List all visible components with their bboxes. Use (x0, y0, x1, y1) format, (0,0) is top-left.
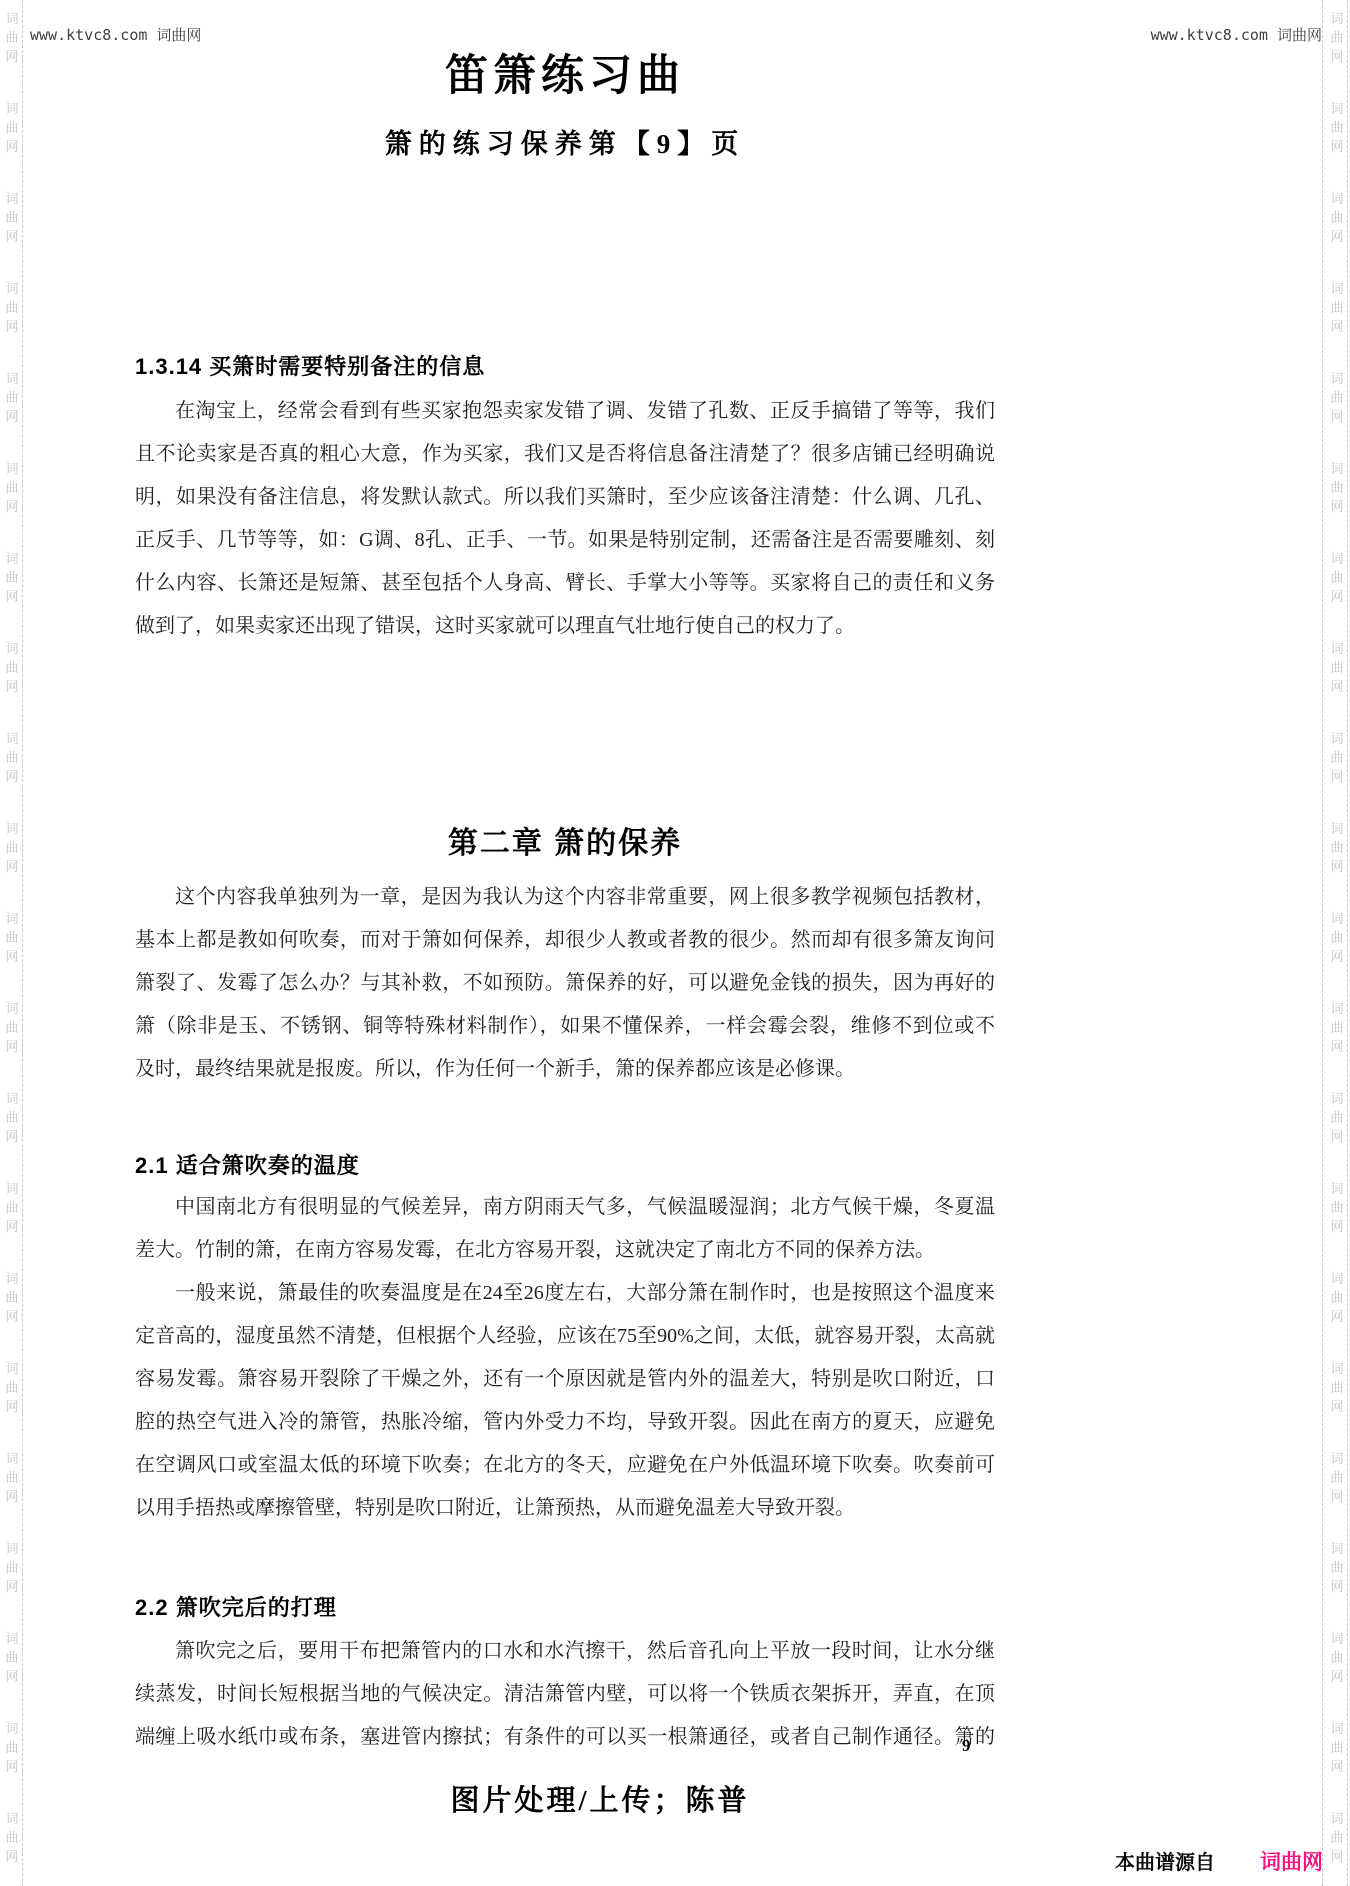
text-line: 腔的热空气进入冷的箫管，热胀冷缩，管内外受力不均，导致开裂。因此在南方的夏天，应… (135, 1401, 995, 1444)
edge-watermark-group: 词曲网 (4, 640, 20, 697)
edge-watermark-group: 词曲网 (4, 370, 20, 427)
edge-watermark-group: 词曲网 (1329, 370, 1345, 427)
text-line: 差大。竹制的箫，在南方容易发霉，在北方容易开裂，这就决定了南北方不同的保养方法。 (135, 1229, 995, 1272)
section-heading-2-1: 2.1 适合箫吹奏的温度 (135, 1149, 360, 1180)
paragraph-cleaning: 箫吹完之后，要用干布把箫管内的口水和水汽擦干，然后音孔向上平放一段时间，让水分继… (135, 1630, 995, 1759)
text-line: 正反手、几节等等，如：G调、8孔、正手、一节。如果是特别定制，还需备注是否需要雕… (135, 519, 995, 562)
edge-watermark-group: 词曲网 (1329, 1450, 1345, 1507)
text-line: 什么内容、长箫还是短箫、甚至包括个人身高、臂长、手掌大小等等。买家将自己的责任和… (135, 562, 995, 605)
edge-watermark-group: 词曲网 (4, 10, 20, 67)
edge-watermark-group: 词曲网 (4, 1090, 20, 1147)
uploader-credit: 图片处理/上传；陈普 (170, 1778, 1030, 1819)
edge-watermark-group: 词曲网 (4, 820, 20, 877)
edge-watermark-group: 词曲网 (4, 1540, 20, 1597)
text-line: 箫吹完之后，要用干布把箫管内的口水和水汽擦干，然后音孔向上平放一段时间，让水分继 (135, 1630, 995, 1673)
edge-watermark-group: 词曲网 (1329, 550, 1345, 607)
paragraph-temperature: 一般来说，箫最佳的吹奏温度是在24至26度左右，大部分箫在制作时，也是按照这个温… (135, 1272, 995, 1530)
source-note-prefix: 本曲谱源自 (1115, 1846, 1215, 1875)
edge-watermark-group: 词曲网 (4, 550, 20, 607)
edge-watermark-group: 词曲网 (4, 280, 20, 337)
edge-watermark-group: 词曲网 (1329, 910, 1345, 967)
edge-watermark-group: 词曲网 (4, 460, 20, 517)
edge-watermark-group: 词曲网 (1329, 460, 1345, 517)
page-number: 9 (962, 1736, 971, 1756)
edge-watermark-group: 词曲网 (1329, 730, 1345, 787)
edge-watermark-group: 词曲网 (4, 100, 20, 157)
edge-watermark-group: 词曲网 (1329, 640, 1345, 697)
text-line: 在空调风口或室温太低的环境下吹奏；在北方的冬天，应避免在户外低温环境下吹奏。吹奏… (135, 1444, 995, 1487)
edge-watermark-left: 词曲网词曲网词曲网词曲网词曲网词曲网词曲网词曲网词曲网词曲网词曲网词曲网词曲网词… (4, 10, 20, 1867)
edge-watermark-group: 词曲网 (4, 910, 20, 967)
edge-watermark-group: 词曲网 (1329, 1540, 1345, 1597)
doc-title: 笛箫练习曲 (135, 42, 995, 103)
edge-watermark-group: 词曲网 (4, 190, 20, 247)
edge-watermark-group: 词曲网 (1329, 1720, 1345, 1777)
text-line: 容易发霉。箫容易开裂除了干燥之外，还有一个原因就是管内外的温差大，特别是吹口附近… (135, 1358, 995, 1401)
edge-watermark-group: 词曲网 (4, 1720, 20, 1777)
text-line: 基本上都是教如何吹奏，而对于箫如何保养，却很少人教或者教的很少。然而却有很多箫友… (135, 919, 995, 962)
edge-watermark-group: 词曲网 (1329, 100, 1345, 157)
text-line: 定音高的，湿度虽然不清楚，但根据个人经验，应该在75至90%之间，太低，就容易开… (135, 1315, 995, 1358)
site-watermark-top-right: www.ktvc8.com 词曲网 (1151, 24, 1322, 45)
edge-watermark-group: 词曲网 (1329, 1270, 1345, 1327)
edge-watermark-group: 词曲网 (1329, 1090, 1345, 1147)
text-line: 箫（除非是玉、不锈钢、铜等特殊材料制作），如果不懂保养，一样会霉会裂，维修不到位… (135, 1005, 995, 1048)
paragraph-climate: 中国南北方有很明显的气候差异，南方阴雨天气多，气候温暖湿润；北方气候干燥，冬夏温… (135, 1186, 995, 1272)
edge-watermark-group: 词曲网 (4, 1630, 20, 1687)
source-site-name: 词曲网 (1260, 1846, 1323, 1876)
scanned-document-page: 词曲网词曲网词曲网词曲网词曲网词曲网词曲网词曲网词曲网词曲网词曲网词曲网词曲网词… (0, 0, 1350, 1886)
chapter-heading: 第二章 箫的保养 (135, 818, 995, 862)
edge-watermark-group: 词曲网 (1329, 1180, 1345, 1237)
section-heading-2-2: 2.2 箫吹完后的打理 (135, 1591, 337, 1622)
edge-watermark-group: 词曲网 (1329, 1630, 1345, 1687)
text-line: 箫裂了、发霉了怎么办？与其补救，不如预防。箫保养的好，可以避免金钱的损失，因为再… (135, 962, 995, 1005)
edge-watermark-group: 词曲网 (4, 1450, 20, 1507)
doc-subtitle: 箫的练习保养第【9】页 (135, 122, 995, 161)
text-line: 一般来说，箫最佳的吹奏温度是在24至26度左右，大部分箫在制作时，也是按照这个温… (135, 1272, 995, 1315)
text-line: 这个内容我单独列为一章，是因为我认为这个内容非常重要，网上很多教学视频包括教材， (135, 876, 995, 919)
edge-watermark-group: 词曲网 (1329, 1000, 1345, 1057)
cut-line-right-edge (1347, 0, 1348, 1886)
edge-watermark-group: 词曲网 (4, 1180, 20, 1237)
source-note: 本曲谱源自 词曲网 (1115, 1846, 1325, 1875)
paragraph-buying-notes: 在淘宝上，经常会看到有些买家抱怨卖家发错了调、发错了孔数、正反手搞错了等等，我们… (135, 390, 995, 648)
edge-watermark-group: 词曲网 (4, 1000, 20, 1057)
edge-watermark-group: 词曲网 (4, 1360, 20, 1417)
edge-watermark-group: 词曲网 (4, 730, 20, 787)
text-line: 续蒸发，时间长短根据当地的气候决定。清洁箫管内壁，可以将一个铁质衣架拆开，弄直，… (135, 1673, 995, 1716)
text-line: 在淘宝上，经常会看到有些买家抱怨卖家发错了调、发错了孔数、正反手搞错了等等，我们 (135, 390, 995, 433)
text-line: 端缠上吸水纸巾或布条，塞进管内擦拭；有条件的可以买一根箫通径，或者自己制作通径。… (135, 1716, 995, 1759)
edge-watermark-group: 词曲网 (4, 1810, 20, 1867)
edge-watermark-group: 词曲网 (1329, 1810, 1345, 1867)
edge-watermark-group: 词曲网 (4, 1270, 20, 1327)
edge-watermark-group: 词曲网 (1329, 820, 1345, 877)
edge-watermark-group: 词曲网 (1329, 10, 1345, 67)
edge-watermark-group: 词曲网 (1329, 190, 1345, 247)
text-line: 及时，最终结果就是报废。所以，作为任何一个新手，箫的保养都应该是必修课。 (135, 1048, 995, 1091)
text-line: 做到了，如果卖家还出现了错误，这时买家就可以理直气壮地行使自己的权力了。 (135, 605, 995, 648)
cut-line-left (22, 0, 23, 1886)
edge-watermark-group: 词曲网 (1329, 1360, 1345, 1417)
text-line: 中国南北方有很明显的气候差异，南方阴雨天气多，气候温暖湿润；北方气候干燥，冬夏温 (135, 1186, 995, 1229)
edge-watermark-group: 词曲网 (1329, 280, 1345, 337)
text-line: 以用手捂热或摩擦管壁，特别是吹口附近，让箫预热，从而避免温差大导致开裂。 (135, 1487, 995, 1530)
cut-line-right (1322, 0, 1323, 1886)
edge-watermark-right: 词曲网词曲网词曲网词曲网词曲网词曲网词曲网词曲网词曲网词曲网词曲网词曲网词曲网词… (1329, 10, 1345, 1867)
section-heading-1-3-14: 1.3.14 买箫时需要特别备注的信息 (135, 350, 485, 381)
text-line: 明，如果没有备注信息，将发默认款式。所以我们买箫时，至少应该备注清楚：什么调、几… (135, 476, 995, 519)
text-line: 且不论卖家是否真的粗心大意，作为买家，我们又是否将信息备注清楚了？很多店铺已经明… (135, 433, 995, 476)
chapter-intro-paragraph: 这个内容我单独列为一章，是因为我认为这个内容非常重要，网上很多教学视频包括教材，… (135, 876, 995, 1091)
